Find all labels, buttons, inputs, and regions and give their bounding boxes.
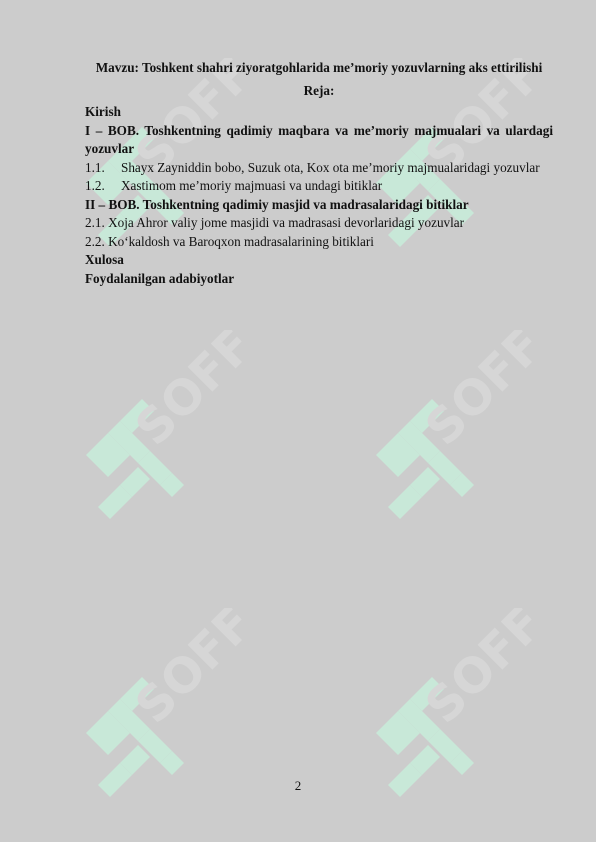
svg-text:SOFF: SOFF — [415, 330, 538, 456]
document-body: Mavzu: Toshkent shahri ziyoratgohlarida … — [85, 54, 553, 288]
section-title: Xastimom me’moriy majmuasi va undagi bit… — [121, 177, 553, 196]
toc-subsection: 2.2. Ko‘kaldosh va Baroqxon madrasalarin… — [85, 233, 553, 252]
document-title: Mavzu: Toshkent shahri ziyoratgohlarida … — [85, 54, 553, 81]
svg-text:SOFF: SOFF — [415, 608, 538, 734]
toc-subsection: 1.2.Xastimom me’moriy majmuasi va undagi… — [85, 177, 553, 196]
section-number: 1.1. — [85, 159, 121, 178]
section-number: 1.2. — [85, 177, 121, 196]
plan-heading: Reja: — [85, 81, 553, 101]
svg-text:SOFF: SOFF — [125, 330, 248, 456]
soff-watermark-icon: SOFF — [368, 330, 538, 530]
toc-heading: Xulosa — [85, 251, 553, 270]
soff-watermark-icon: SOFF — [78, 330, 248, 530]
toc-subsection: 1.1.Shayx Zayniddin bobo, Suzuk ota, Kox… — [85, 159, 553, 178]
page-number: 2 — [0, 778, 596, 794]
toc-chapter: II – BOB. Toshkentning qadimiy masjid va… — [85, 196, 553, 215]
toc-chapter: I – BOB. Toshkentning qadimiy maqbara va… — [85, 122, 553, 159]
section-title: Shayx Zayniddin bobo, Suzuk ota, Kox ota… — [121, 159, 553, 178]
toc-heading: Kirish — [85, 103, 553, 122]
table-of-contents: KirishI – BOB. Toshkentning qadimiy maqb… — [85, 103, 553, 288]
svg-text:SOFF: SOFF — [125, 608, 248, 734]
toc-subsection: 2.1. Xoja Ahror valiy jome masjidi va ma… — [85, 214, 553, 233]
toc-heading: Foydalanilgan adabiyotlar — [85, 270, 553, 289]
